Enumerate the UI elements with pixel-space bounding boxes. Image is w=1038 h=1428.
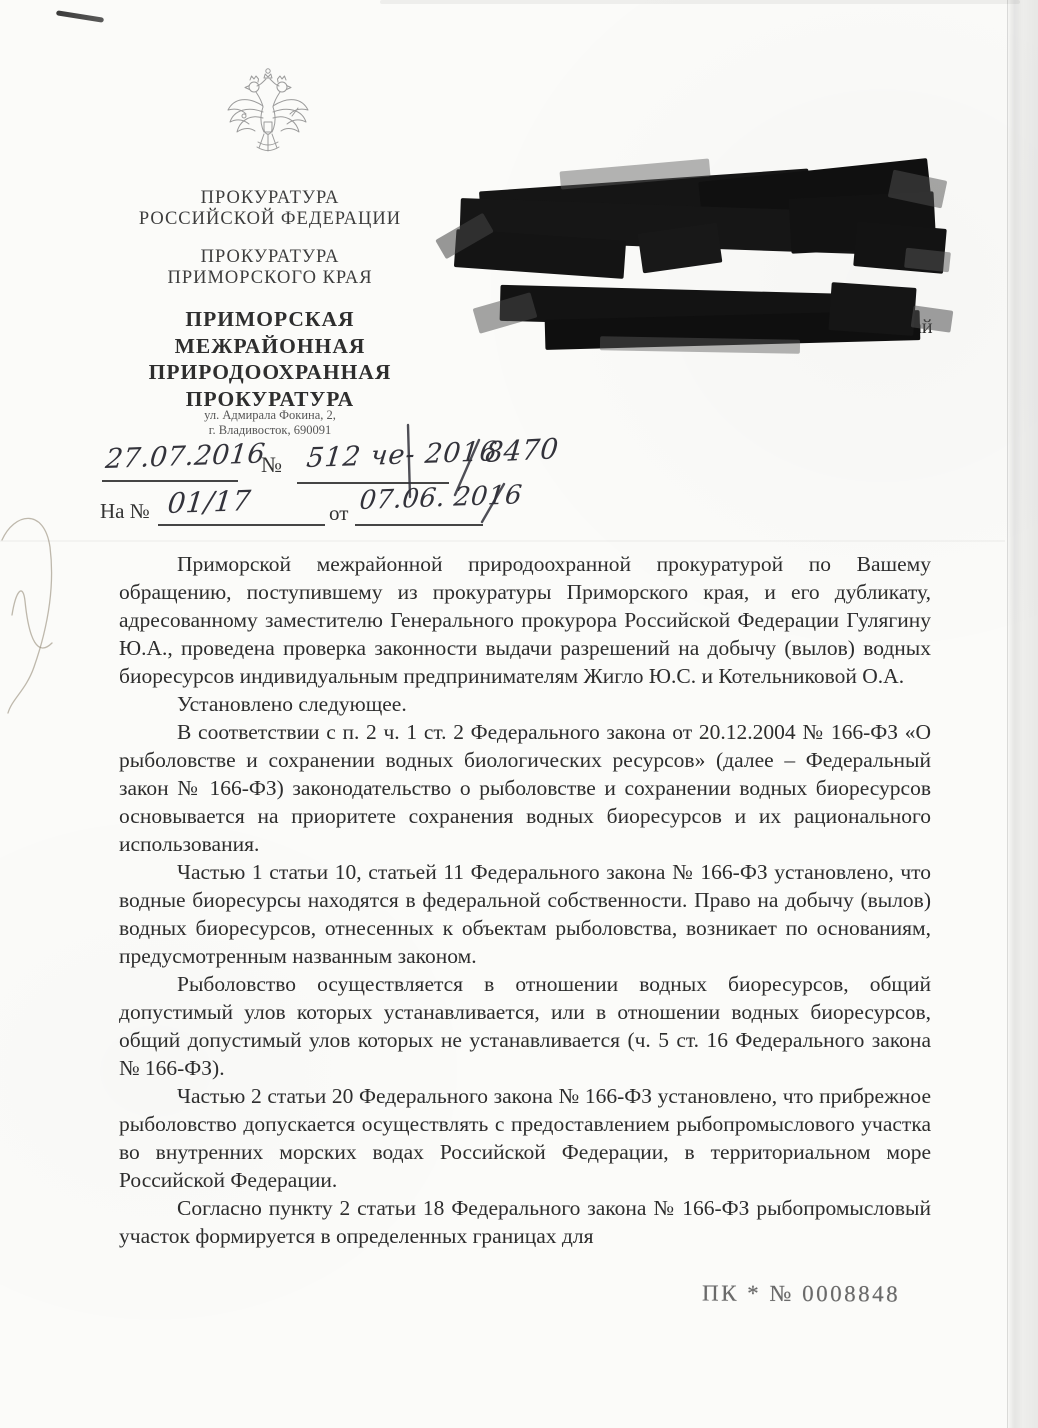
body-paragraph: Согласно пункту 2 статьи 18 Федерального… [119,1194,931,1250]
letterhead-address: ул. Адмирала Фокина, 2, г. Владивосток, … [105,408,435,437]
letterhead-name-line: МЕЖРАЙОННАЯ [105,333,435,360]
redaction-block: рай [440,160,950,365]
scan-smudge [380,0,1020,4]
reply-to-label: На № [100,499,150,524]
letterhead-office-name: ПРИМОРСКАЯ МЕЖРАЙОННАЯ ПРИРОДООХРАННАЯ П… [105,306,435,412]
letterhead-org-line: ПРОКУРАТУРА [105,188,435,209]
fold-crease [0,540,1005,542]
body-paragraph: Установлено следующее. [119,690,931,718]
paper-edge-shadow [1007,0,1038,1428]
letter-body: Приморской межрайонной природоохранной п… [119,550,931,1250]
letterhead-address-line: ул. Адмирала Фокина, 2, [105,408,435,423]
letterhead-org-line: ПРОКУРАТУРА [105,247,435,268]
letterhead-org-line: ПРИМОРСКОГО КРАЯ [105,268,435,289]
letterhead-regional-org: ПРОКУРАТУРА ПРИМОРСКОГО КРАЯ [105,247,435,289]
date-underline [102,480,238,482]
redaction-stroke [473,292,538,334]
body-paragraph: Частью 1 статьи 10, статьей 11 Федеральн… [119,858,931,970]
letterhead-name-line: ПРИРОДООХРАННАЯ [105,359,435,386]
redaction-stroke [600,336,800,353]
registration-stamp: ПК * № 0008848 [702,1280,900,1307]
scanned-letter-page: ПРОКУРАТУРА РОССИЙСКОЙ ФЕДЕРАЦИИ ПРОКУРА… [0,0,1038,1428]
reply-number-handwritten: 01/17 [166,484,253,520]
redaction-stroke [828,282,916,336]
outgoing-date-handwritten: 27.07.2016 [104,438,267,475]
staple-mark [56,10,104,22]
reply-number-underline [158,524,325,526]
body-paragraph: Рыболовство осуществляется в отношении в… [119,970,931,1082]
reply-date-label: от [329,501,348,526]
body-paragraph: Частью 2 статьи 20 Федерального закона №… [119,1082,931,1194]
coat-of-arms-icon [224,66,312,164]
letterhead-name-line: ПРИМОРСКАЯ [105,306,435,333]
number-sign-label: № [261,452,282,478]
letterhead-parent-org: ПРОКУРАТУРА РОССИЙСКОЙ ФЕДЕРАЦИИ [105,188,435,230]
letterhead-address-line: г. Владивосток, 690091 [105,423,435,438]
hair-artifact [0,495,80,735]
letterhead-org-line: РОССИЙСКОЙ ФЕДЕРАЦИИ [105,209,435,230]
body-paragraph: В соответствии с п. 2 ч. 1 ст. 2 Федерал… [119,718,931,858]
body-paragraph: Приморской межрайонной природоохранной п… [119,550,931,690]
pen-stroke-marks [395,415,595,550]
